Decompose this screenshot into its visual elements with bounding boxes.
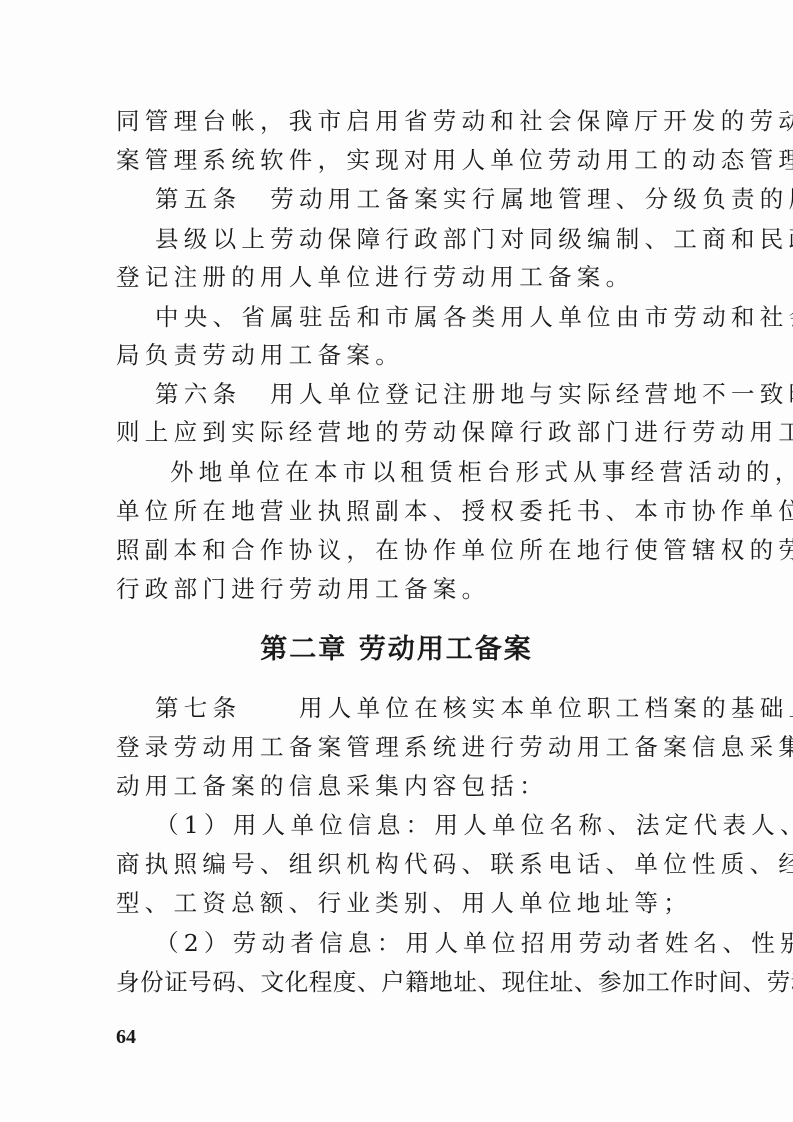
text-line: 同管理台帐，我市启用省劳动和社会保障厅开发的劳动用工备: [116, 106, 681, 136]
text-line: 外地单位在本市以租赁柜台形式从事经营活动的，应持: [170, 457, 735, 487]
text-line: 单位所在地营业执照副本、授权委托书、本市协作单位营业执: [116, 496, 681, 526]
text-line: 中央、省属驻岳和市属各类用人单位由市劳动和社会保障: [155, 302, 720, 332]
page-number: 64: [116, 1026, 136, 1049]
text-line: 照副本和合作协议，在协作单位所在地行使管辖权的劳动保障: [116, 535, 681, 565]
text-line: （1）用人单位信息：用人单位名称、法定代表人、工: [155, 810, 720, 840]
text-line: 行政部门进行劳动用工备案。: [116, 574, 681, 604]
text-line: 身份证号码、文化程度、户籍地址、现住址、参加工作时间、劳动合: [116, 967, 681, 997]
text-line: 第七条 用人单位在核实本单位职工档案的基础上，: [155, 693, 720, 723]
text-line: 案管理系统软件，实现对用人单位劳动用工的动态管理。: [116, 145, 681, 175]
text-line: 登录劳动用工备案管理系统进行劳动用工备案信息采集。劳: [116, 732, 681, 762]
text-line: 第五条 劳动用工备案实行属地管理、分级负责的原则。: [155, 184, 720, 214]
text-line: （2）劳动者信息：用人单位招用劳动者姓名、性别、: [155, 928, 720, 958]
text-line: 型、工资总额、行业类别、用人单位地址等；: [116, 888, 681, 918]
text-line: 动用工备案的信息采集内容包括：: [116, 771, 681, 801]
text-line: 局负责劳动用工备案。: [116, 340, 681, 370]
text-line: 县级以上劳动保障行政部门对同级编制、工商和民政部门: [155, 224, 720, 254]
text-line: 登记注册的用人单位进行劳动用工备案。: [116, 262, 681, 292]
text-line: 第六条 用人单位登记注册地与实际经营地不一致时，原: [155, 379, 720, 409]
chapter-heading: 第二章 劳动用工备案: [0, 632, 793, 668]
text-line: 则上应到实际经营地的劳动保障行政部门进行劳动用工备案。: [116, 417, 681, 447]
document-page: 同管理台帐，我市启用省劳动和社会保障厅开发的劳动用工备案管理系统软件，实现对用人…: [0, 0, 793, 1122]
text-line: 商执照编号、组织机构代码、联系电话、单位性质、经济类: [116, 849, 681, 879]
